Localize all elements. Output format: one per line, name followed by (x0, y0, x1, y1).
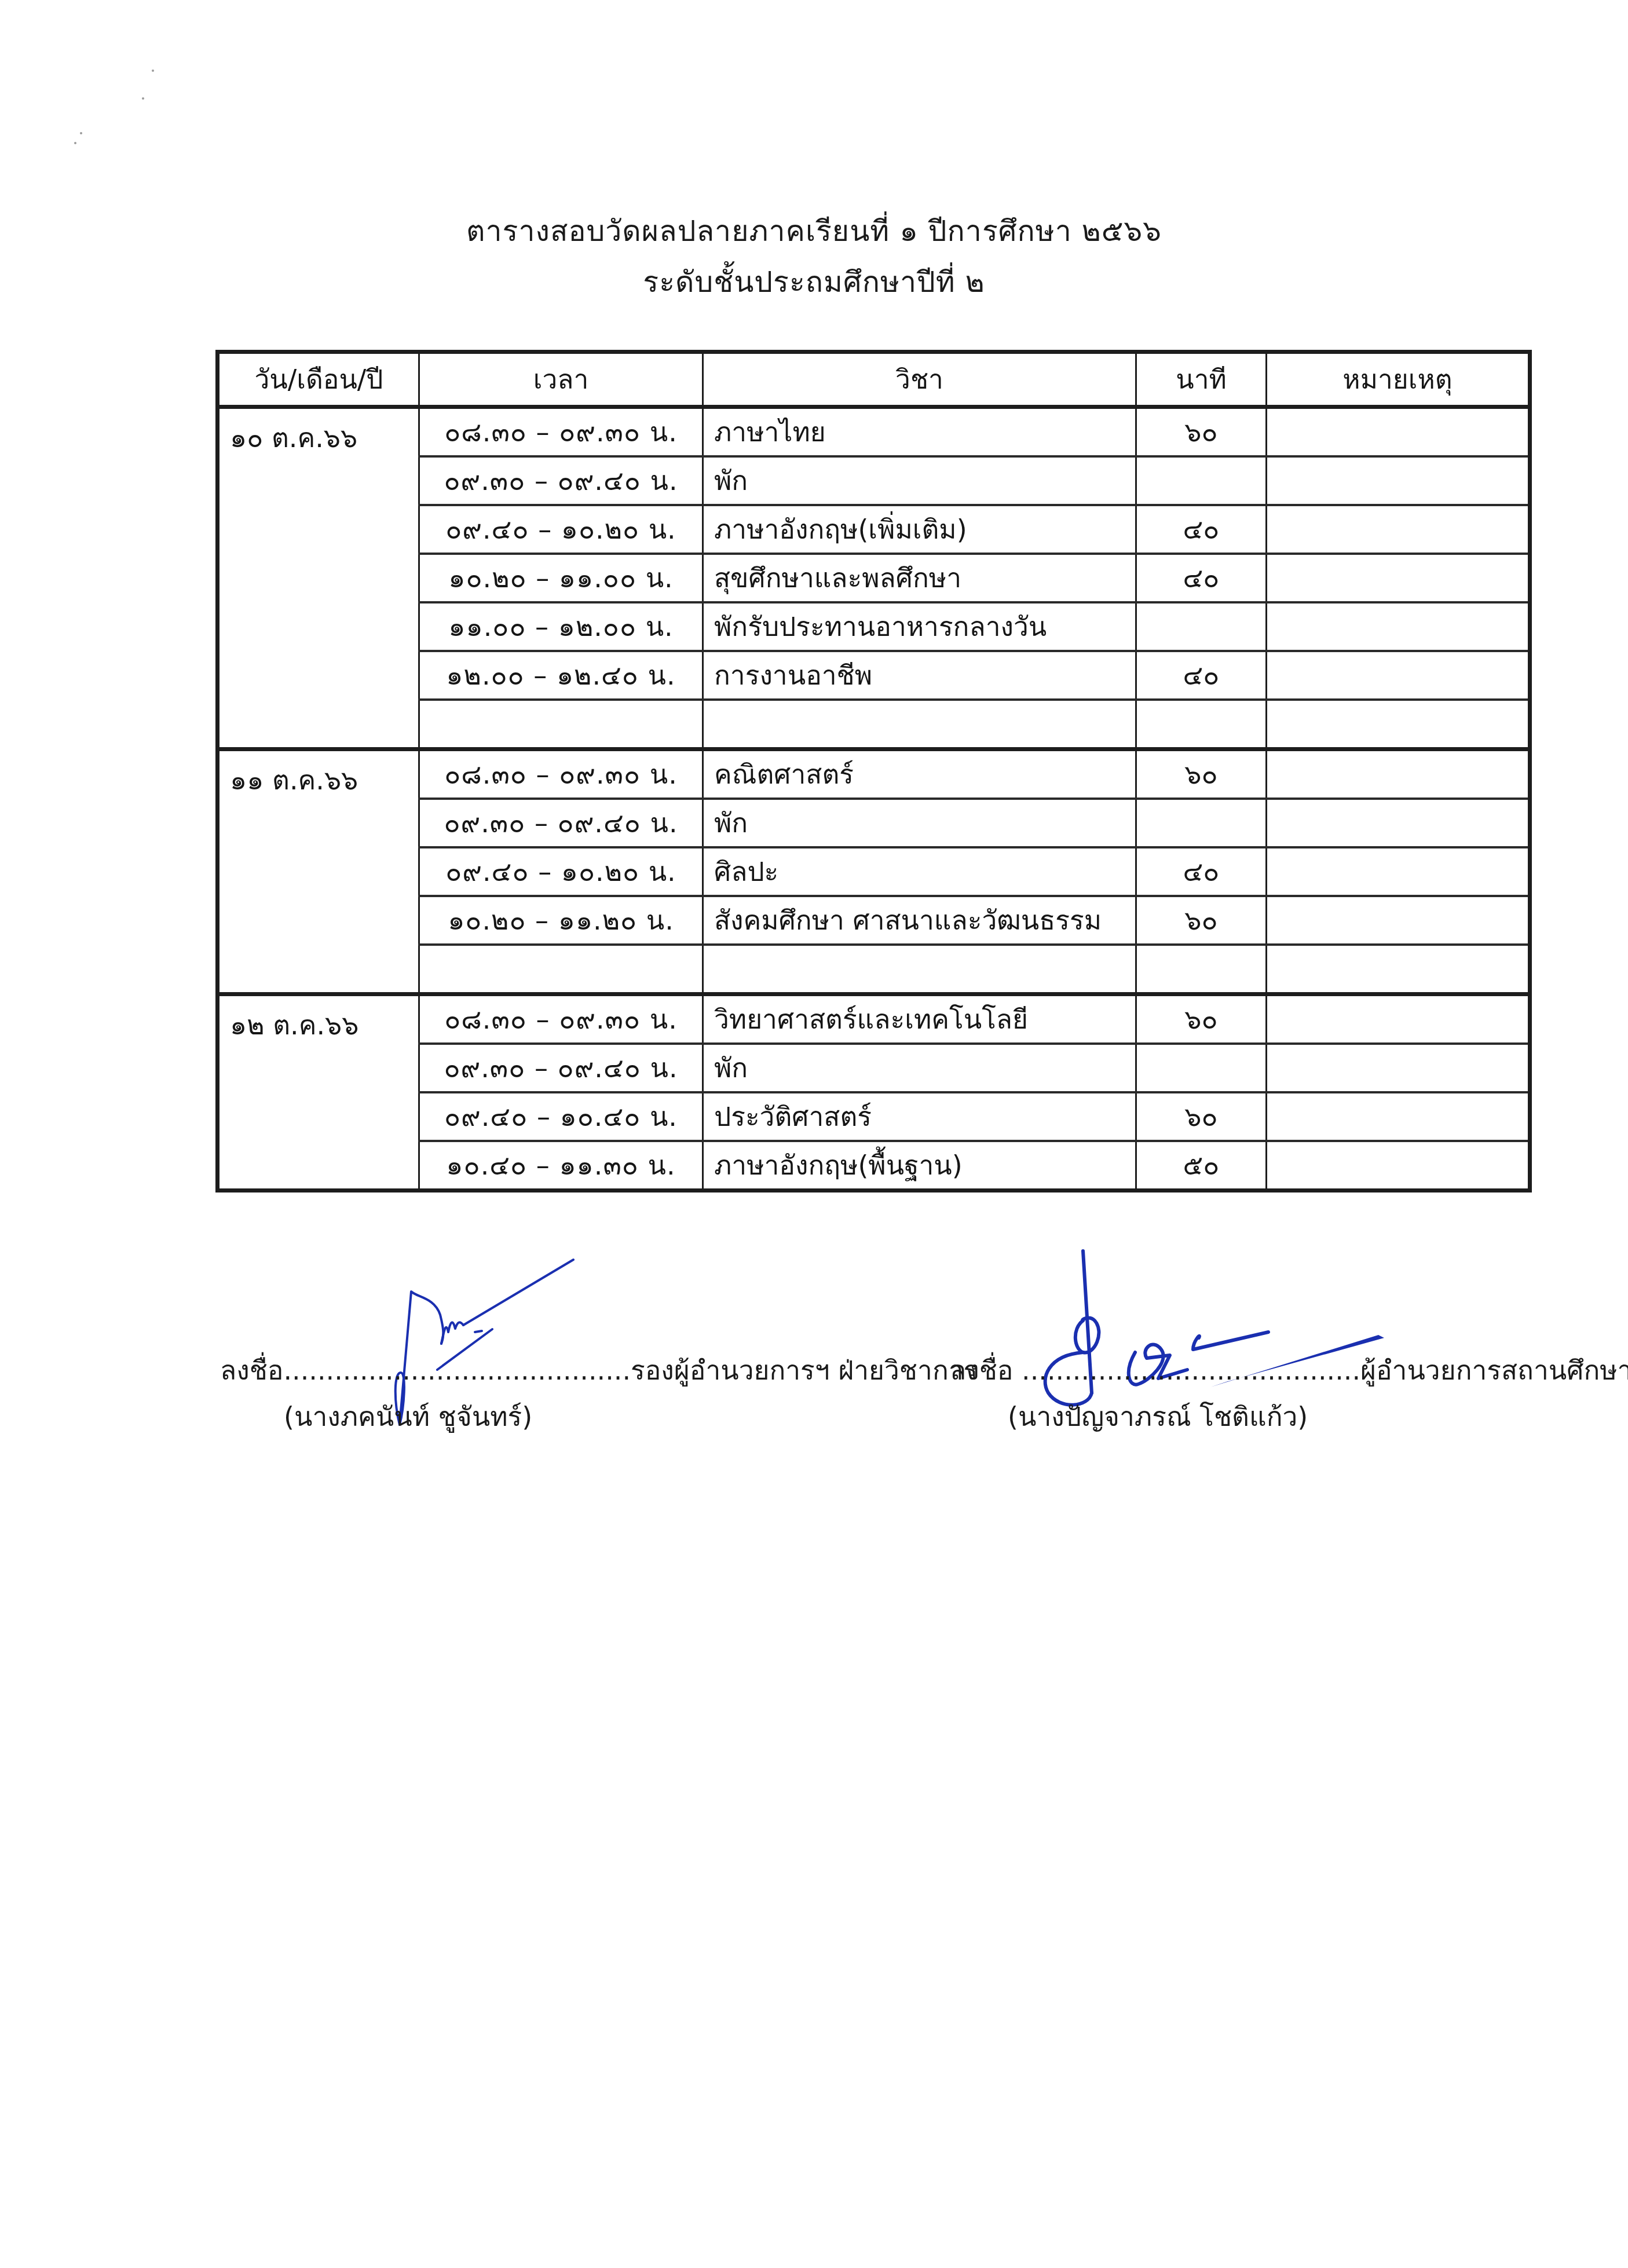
scan-speck (74, 142, 76, 144)
header-notes: หมายเหตุ (1267, 352, 1530, 407)
signatory-name-left: (นางภคนันท์ ชูจันทร์) (284, 1396, 532, 1438)
signatory-name-right: (นางปัญจาภรณ์ โชติแก้ว) (1008, 1396, 1308, 1438)
cell-minutes: ๔๐ (1136, 847, 1267, 896)
cell-minutes: ๔๐ (1136, 651, 1267, 700)
scan-speck (152, 69, 154, 72)
cell-minutes (1136, 700, 1267, 749)
cell-minutes (1136, 456, 1267, 505)
table-row: ๑๒ ต.ค.๖๖๐๘.๓๐ – ๐๙.๓๐ น.วิทยาศาสตร์และเ… (218, 994, 1530, 1044)
cell-subject: ประวัติศาสตร์ (703, 1092, 1136, 1141)
cell-note (1267, 602, 1530, 651)
cell-minutes (1136, 945, 1267, 994)
cell-minutes: ๕๐ (1136, 1141, 1267, 1191)
cell-subject: คณิตศาสตร์ (703, 749, 1136, 799)
cell-date: ๑๐ ต.ค.๖๖ (218, 407, 419, 749)
cell-time: ๐๙.๓๐ – ๐๙.๔๐ น. (419, 799, 703, 847)
cell-time: ๐๘.๓๐ – ๐๙.๓๐ น. (419, 407, 703, 457)
cell-minutes (1136, 799, 1267, 847)
cell-subject (703, 700, 1136, 749)
header-time: เวลา (419, 352, 703, 407)
cell-time: ๐๙.๔๐ – ๑๐.๔๐ น. (419, 1092, 703, 1141)
cell-note (1267, 554, 1530, 602)
cell-subject: สุขศึกษาและพลศึกษา (703, 554, 1136, 602)
header-minutes: นาที (1136, 352, 1267, 407)
table-body: ๑๐ ต.ค.๖๖๐๘.๓๐ – ๐๙.๓๐ น.ภาษาไทย๖๐๐๙.๓๐ … (218, 407, 1530, 1191)
cell-time: ๑๑.๐๐ – ๑๒.๐๐ น. (419, 602, 703, 651)
table-row: ๑๑ ต.ค.๖๖๐๘.๓๐ – ๐๙.๓๐ น.คณิตศาสตร์๖๐ (218, 749, 1530, 799)
cell-subject: วิทยาศาสตร์และเทคโนโลยี (703, 994, 1136, 1044)
cell-note (1267, 505, 1530, 554)
cell-note (1267, 700, 1530, 749)
document-page: ตารางสอบวัดผลปลายภาคเรียนที่ ๑ ปีการศึกษ… (0, 0, 1628, 2268)
signature-line-right: ลงชื่อ .................................… (950, 1349, 1628, 1392)
cell-minutes (1136, 602, 1267, 651)
cell-time: ๐๙.๓๐ – ๐๙.๔๐ น. (419, 1044, 703, 1092)
cell-note (1267, 847, 1530, 896)
table-header-row: วัน/เดือน/ปี เวลา วิชา นาที หมายเหตุ (218, 352, 1530, 407)
cell-note (1267, 799, 1530, 847)
cell-note (1267, 749, 1530, 799)
table-row: ๑๐ ต.ค.๖๖๐๘.๓๐ – ๐๙.๓๐ น.ภาษาไทย๖๐ (218, 407, 1530, 457)
cell-time: ๑๐.๒๐ – ๑๑.๐๐ น. (419, 554, 703, 602)
header-subject: วิชา (703, 352, 1136, 407)
cell-time: ๑๐.๒๐ – ๑๑.๒๐ น. (419, 896, 703, 945)
header-date: วัน/เดือน/ปี (218, 352, 419, 407)
cell-date: ๑๑ ต.ค.๖๖ (218, 749, 419, 994)
cell-subject: พัก (703, 1044, 1136, 1092)
cell-note (1267, 1141, 1530, 1191)
cell-note (1267, 456, 1530, 505)
cell-minutes: ๔๐ (1136, 554, 1267, 602)
cell-time: ๐๙.๔๐ – ๑๐.๒๐ น. (419, 505, 703, 554)
cell-time: ๑๒.๐๐ – ๑๒.๔๐ น. (419, 651, 703, 700)
cell-time: ๐๙.๓๐ – ๐๙.๔๐ น. (419, 456, 703, 505)
cell-time (419, 945, 703, 994)
cell-subject: ศิลปะ (703, 847, 1136, 896)
cell-subject: พัก (703, 456, 1136, 505)
cell-subject: ภาษาไทย (703, 407, 1136, 457)
document-subtitle: ระดับชั้นประถมศึกษาปีที่ ๒ (0, 257, 1628, 308)
scan-speck (80, 132, 82, 134)
cell-minutes: ๖๐ (1136, 407, 1267, 457)
cell-minutes: ๔๐ (1136, 505, 1267, 554)
cell-subject: สังคมศึกษา ศาสนาและวัฒนธรรม (703, 896, 1136, 945)
document-title: ตารางสอบวัดผลปลายภาคเรียนที่ ๑ ปีการศึกษ… (0, 206, 1628, 257)
cell-minutes: ๖๐ (1136, 994, 1267, 1044)
cell-subject: พัก (703, 799, 1136, 847)
cell-time: ๐๘.๓๐ – ๐๙.๓๐ น. (419, 749, 703, 799)
cell-minutes: ๖๐ (1136, 896, 1267, 945)
cell-note (1267, 1044, 1530, 1092)
cell-subject: ภาษาอังกฤษ(เพิ่มเติม) (703, 505, 1136, 554)
exam-schedule-table: วัน/เดือน/ปี เวลา วิชา นาที หมายเหตุ ๑๐ … (215, 350, 1532, 1192)
scan-speck (142, 97, 144, 100)
cell-subject: ภาษาอังกฤษ(พื้นฐาน) (703, 1141, 1136, 1191)
cell-subject (703, 945, 1136, 994)
cell-time (419, 700, 703, 749)
cell-note (1267, 896, 1530, 945)
cell-time: ๐๙.๔๐ – ๑๐.๒๐ น. (419, 847, 703, 896)
cell-note (1267, 651, 1530, 700)
cell-minutes: ๖๐ (1136, 1092, 1267, 1141)
cell-subject: การงานอาชีพ (703, 651, 1136, 700)
cell-date: ๑๒ ต.ค.๖๖ (218, 994, 419, 1191)
signature-line-left: ลงชื่อ..................................… (220, 1349, 978, 1392)
cell-note (1267, 1092, 1530, 1141)
cell-note (1267, 407, 1530, 457)
cell-time: ๑๐.๔๐ – ๑๑.๓๐ น. (419, 1141, 703, 1191)
cell-subject: พักรับประทานอาหารกลางวัน (703, 602, 1136, 651)
cell-time: ๐๘.๓๐ – ๐๙.๓๐ น. (419, 994, 703, 1044)
cell-note (1267, 945, 1530, 994)
cell-note (1267, 994, 1530, 1044)
document-header: ตารางสอบวัดผลปลายภาคเรียนที่ ๑ ปีการศึกษ… (0, 206, 1628, 308)
cell-minutes: ๖๐ (1136, 749, 1267, 799)
cell-minutes (1136, 1044, 1267, 1092)
